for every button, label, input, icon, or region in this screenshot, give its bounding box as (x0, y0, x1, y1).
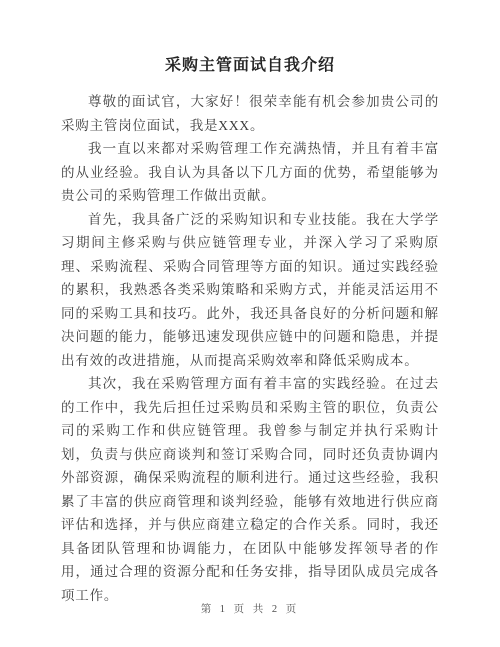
paragraph-skills: 首先，我具备广泛的采购知识和专业技能。我在大学学习期间主修采购与供应链管理专业，… (61, 208, 439, 373)
page-number-footer: 第 1 页 共 2 页 (0, 601, 500, 616)
document-title: 采购主管面试自我介绍 (0, 0, 500, 75)
paragraph-greeting: 尊敬的面试官，大家好！很荣幸能有机会参加贵公司的采购主管岗位面试，我是XXX。 (61, 90, 439, 137)
document-page: 采购主管面试自我介绍 尊敬的面试官，大家好！很荣幸能有机会参加贵公司的采购主管岗… (0, 0, 500, 647)
document-body: 尊敬的面试官，大家好！很荣幸能有机会参加贵公司的采购主管岗位面试，我是XXX。 … (61, 90, 439, 607)
paragraph-intro: 我一直以来都对采购管理工作充满热情，并且有着丰富的从业经验。我自认为具备以下几方… (61, 137, 439, 208)
paragraph-experience: 其次，我在采购管理方面有着丰富的实践经验。在过去的工作中，我先后担任过采购员和采… (61, 372, 439, 607)
